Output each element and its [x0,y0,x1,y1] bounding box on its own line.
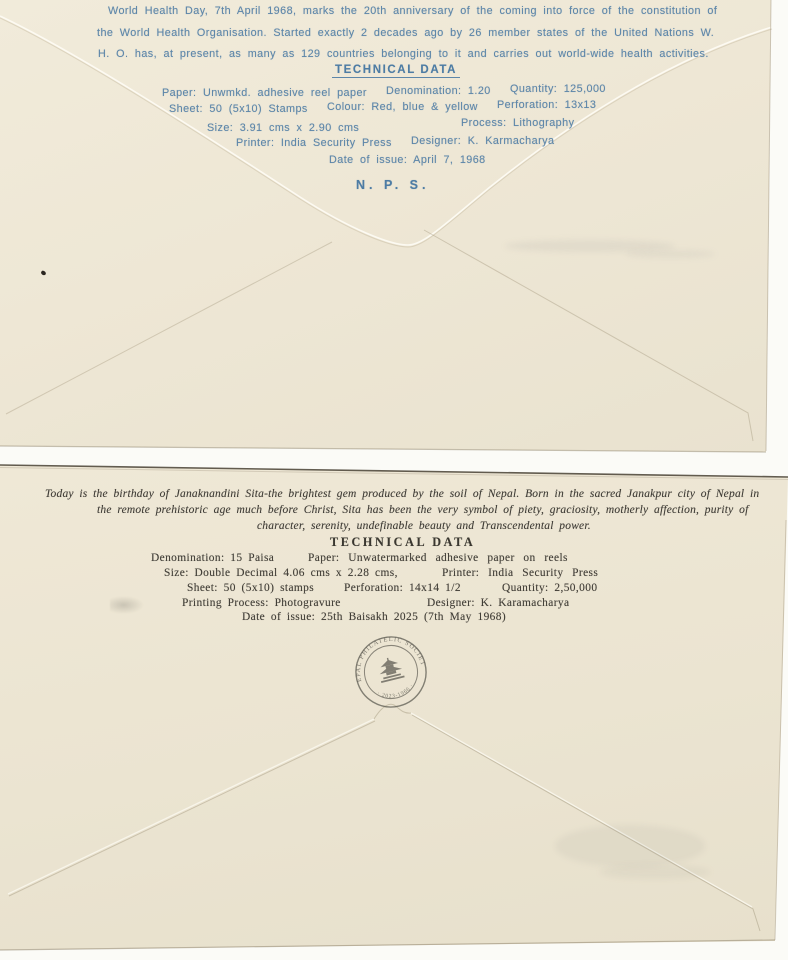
scanned-covers-page: World Health Day, 7th April 1968, marks … [0,0,788,960]
top-colour-field: Colour: Red, blue & yellow [327,101,478,113]
top-denomination-field: Denomination: 1.20 [386,85,491,97]
top-perforation-field: Perforation: 13x13 [497,99,596,111]
bottom-date-of-issue-field: Date of issue: 25th Baisakh 2025 (7th Ma… [242,611,506,623]
bottom-paper-field: Paper: Unwatermarked adhesive paper on r… [308,552,568,564]
top-technical-data-heading: TECHNICAL DATA [332,64,460,78]
top-sheet-field: Sheet: 50 (5x10) Stamps [169,103,308,115]
bottom-sheet-field: Sheet: 50 (5x10) stamps [187,582,314,594]
top-process-field: Process: Lithography [461,117,574,129]
pencil-smudge [110,596,144,614]
bottom-designer-field: Designer: K. Karamacharya [427,597,569,609]
showthrough-smudge [555,825,705,867]
top-nps-signoff: N. P. S. [356,178,429,192]
showthrough-smudge [600,865,710,879]
showthrough-smudge [625,250,715,258]
bottom-denomination-field: Denomination: 15 Paisa [151,552,274,564]
top-intro-line-3: H. O. has, at present, as many as 129 co… [98,48,709,60]
top-quantity-field: Quantity: 125,000 [510,83,606,95]
top-designer-field: Designer: K. Karmacharya [411,135,554,147]
top-intro-line-1: World Health Day, 7th April 1968, marks … [108,5,717,17]
bottom-printer-field: Printer: India Security Press [442,567,598,579]
top-intro-line-2: the World Health Organisation. Started e… [97,27,714,39]
bottom-intro-line-1: Today is the birthday of Janaknandini Si… [45,488,759,500]
bottom-perforation-field: Perforation: 14x14 1/2 [344,582,461,594]
bottom-printing-process-field: Printing Process: Photogravure [182,597,341,609]
bottom-quantity-field: Quantity: 2,50,000 [502,582,597,594]
bottom-technical-data-heading: TECHNICAL DATA [330,535,475,550]
top-printer-field: Printer: India Security Press [236,137,392,149]
top-size-field: Size: 3.91 cms x 2.90 cms [207,122,359,134]
bottom-size-field: Size: Double Decimal 4.06 cms x 2.28 cms… [164,567,398,579]
bottom-intro-line-3: character, serenity, undefinable beauty … [257,520,591,532]
top-paper-field: Paper: Unwmkd. adhesive reel paper [162,87,367,99]
bottom-intro-line-2: the remote prehistoric age much before C… [97,504,749,516]
top-date-of-issue-field: Date of issue: April 7, 1968 [329,154,486,166]
pagoda-icon [376,655,405,683]
